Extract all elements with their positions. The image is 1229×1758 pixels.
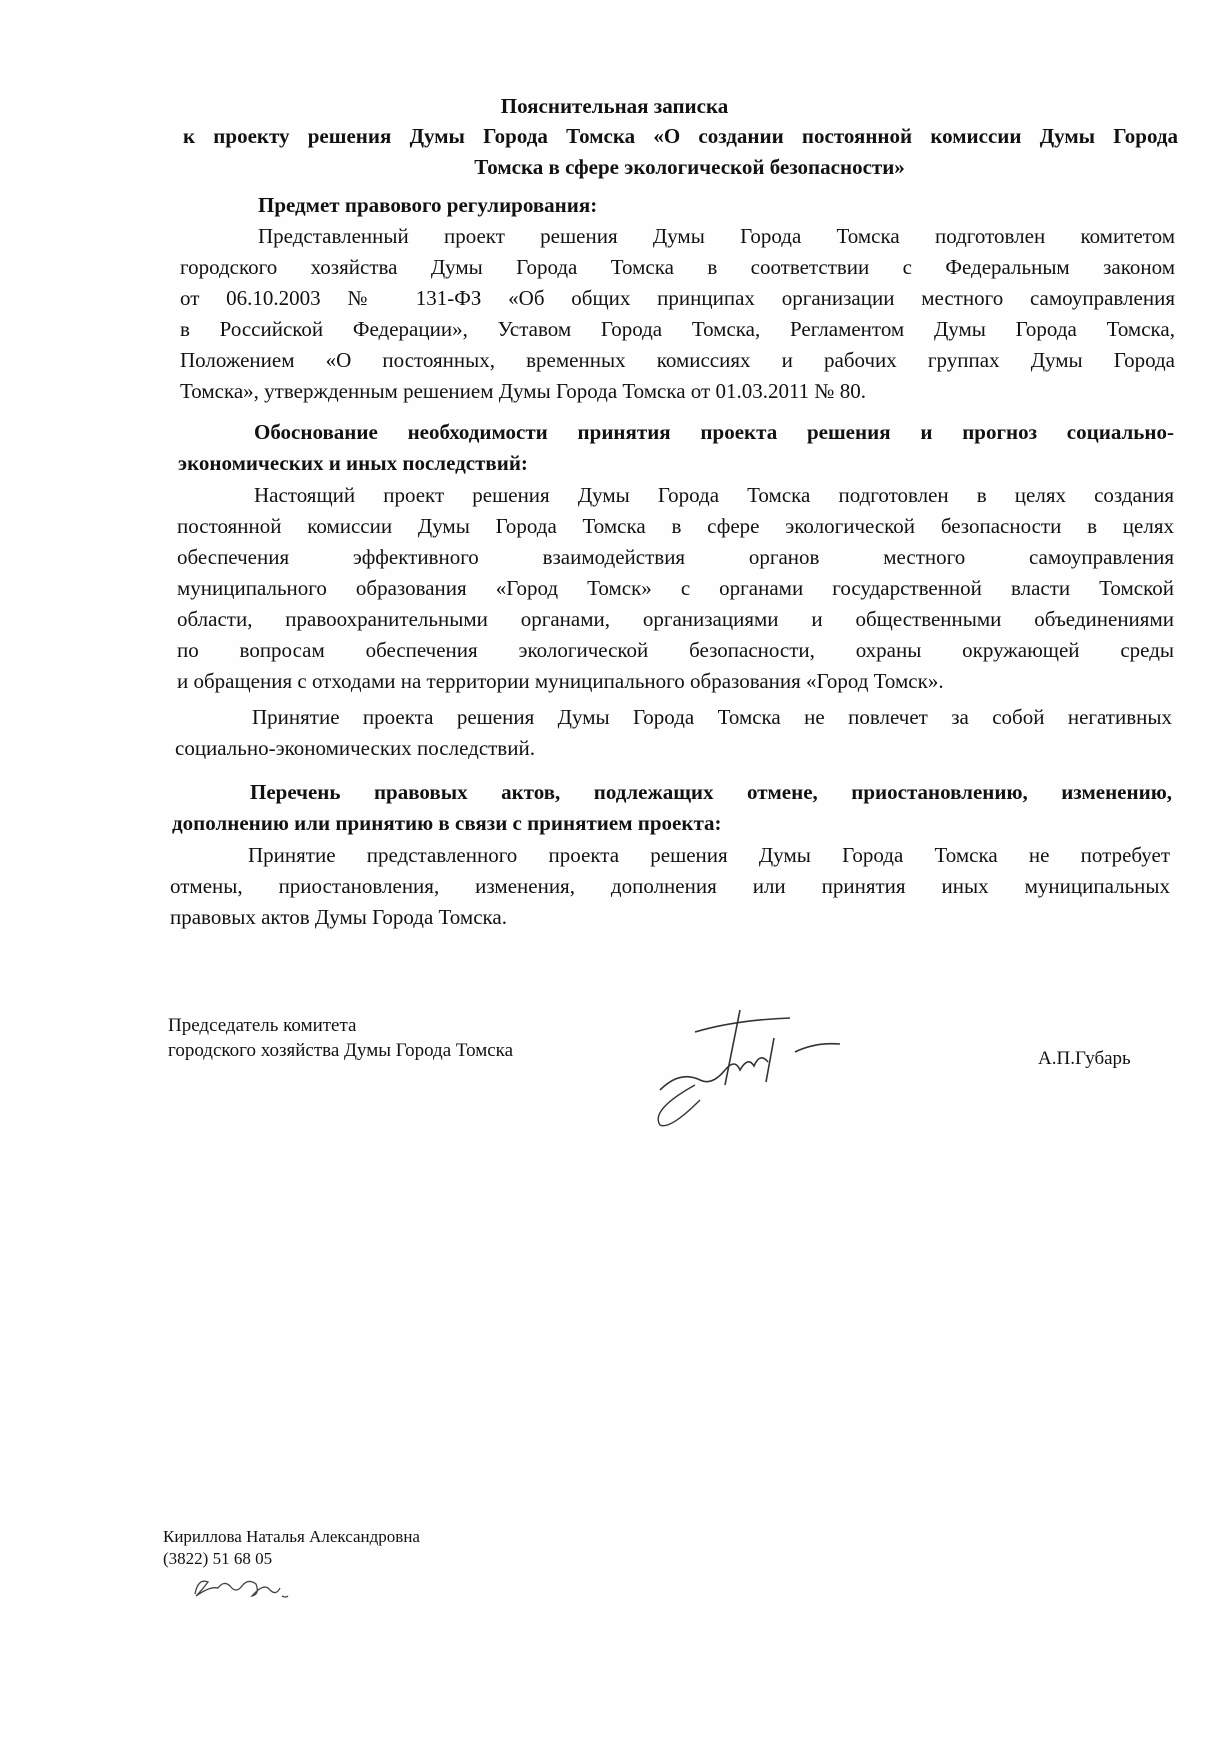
section1-para1-line5: Положением «О постоянных, временных коми… xyxy=(180,348,1175,373)
signer-position-line2: городского хозяйства Думы Города Томска xyxy=(168,1040,513,1062)
executor-name: Кириллова Наталья Александровна xyxy=(163,1527,420,1547)
section-heading-subject: Предмет правового регулирования: xyxy=(258,193,597,218)
section2-para1-line4: муниципального образования «Город Томск»… xyxy=(177,576,1174,601)
section3-para1-line2: отмены, приостановления, изменения, допо… xyxy=(170,874,1170,899)
section2-para2-line1: Принятие проекта решения Думы Города Том… xyxy=(252,705,1172,730)
section2-para1-line1: Настоящий проект решения Думы Города Том… xyxy=(254,483,1174,508)
section-heading-acts-line1: Перечень правовых актов, подлежащих отме… xyxy=(250,780,1172,805)
section1-para1-line2: городского хозяйства Думы Города Томска … xyxy=(180,255,1175,280)
section2-para2-line2: социально-экономических последствий. xyxy=(175,736,535,761)
handwritten-initials-icon xyxy=(190,1572,300,1606)
section2-para1-line7: и обращения с отходами на территории мун… xyxy=(177,669,944,694)
section-heading-justification-line2: экономических и иных последствий: xyxy=(178,451,528,476)
document-subtitle-line-2: Томска в сфере экологической безопасност… xyxy=(0,155,1229,180)
section1-para1-line3: от 06.10.2003 № 131-ФЗ «Об общих принцип… xyxy=(180,286,1175,311)
signer-position-line1: Председатель комитета xyxy=(168,1015,356,1037)
document-page: Пояснительная записка к проекту решения … xyxy=(0,0,1229,1758)
section3-para1-line1: Принятие представленного проекта решения… xyxy=(248,843,1170,868)
handwritten-signature-icon xyxy=(640,990,910,1140)
section2-para1-line6: по вопросам обеспечения экологической бе… xyxy=(177,638,1174,663)
section1-para1-line1: Представленный проект решения Думы Город… xyxy=(258,224,1175,249)
section2-para1-line2: постоянной комиссии Думы Города Томска в… xyxy=(177,514,1174,539)
document-title: Пояснительная записка xyxy=(0,94,1229,119)
document-subtitle-line-1: к проекту решения Думы Города Томска «О … xyxy=(183,124,1178,149)
section2-para1-line5: области, правоохранительными органами, о… xyxy=(177,607,1174,632)
signer-name: А.П.Губарь xyxy=(1038,1048,1131,1070)
section1-para1-line4: в Российской Федерации», Уставом Города … xyxy=(180,317,1175,342)
executor-phone: (3822) 51 68 05 xyxy=(163,1549,272,1569)
section-heading-acts-line2: дополнению или принятию в связи с принят… xyxy=(172,811,722,836)
section2-para1-line3: обеспечения эффективного взаимодействия … xyxy=(177,545,1174,570)
section1-para1-line6: Томска», утвержденным решением Думы Горо… xyxy=(180,379,866,404)
section3-para1-line3: правовых актов Думы Города Томска. xyxy=(170,905,507,930)
section-heading-justification-line1: Обоснование необходимости принятия проек… xyxy=(254,420,1174,445)
